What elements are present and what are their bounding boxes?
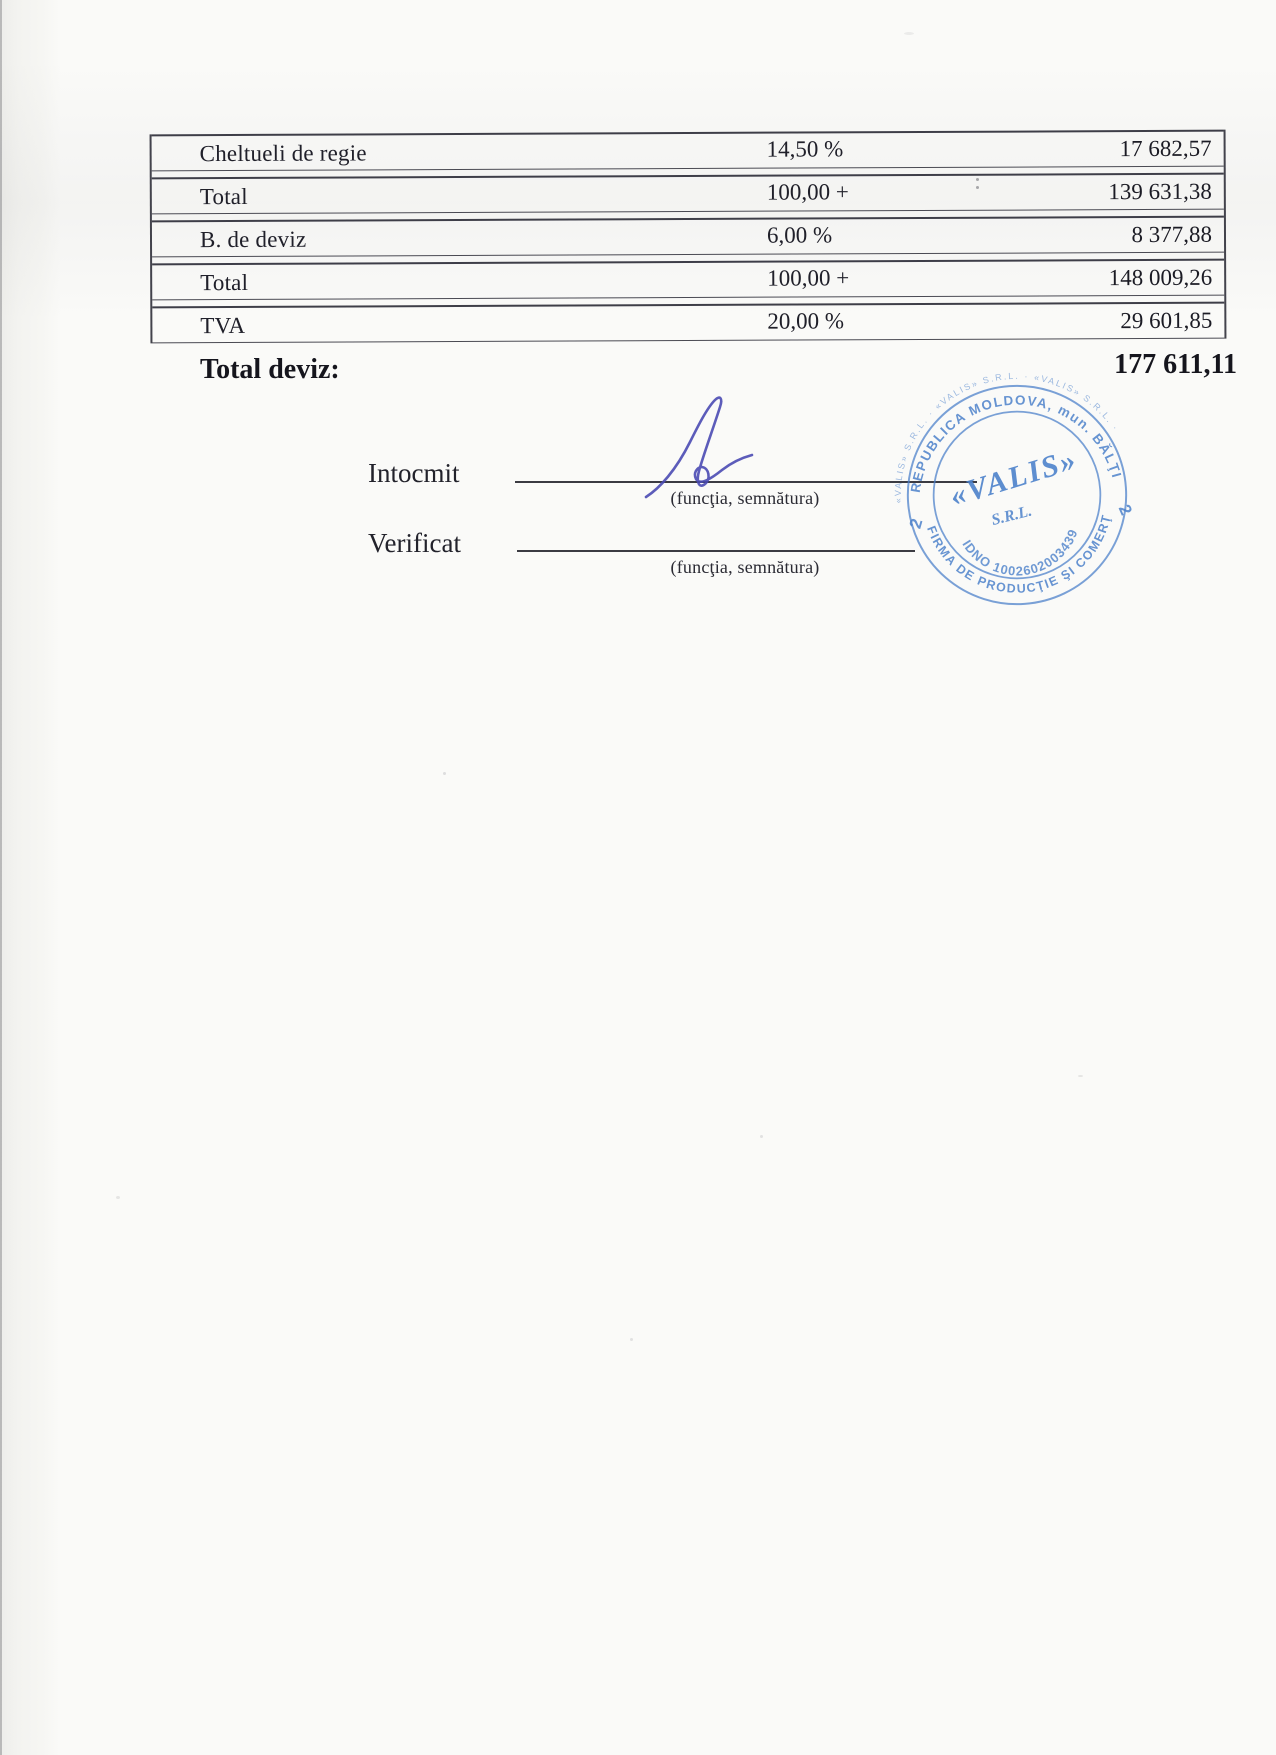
scan-artifact xyxy=(976,186,979,189)
stamp-ring-bottom-text: FIRMA DE PRODUCŢIE ŞI COMERŢ xyxy=(924,512,1119,603)
scanned-page: Cheltueli de regie 14,50 % 17 682,57 Tot… xyxy=(0,0,1276,1755)
row-percent: 14,50 % xyxy=(767,136,844,162)
stamp-company-name: «VALIS» xyxy=(946,442,1081,513)
row-label: Cheltueli de regie xyxy=(200,140,367,167)
row-amount: 148 009,26 xyxy=(1109,265,1213,291)
row-percent: 20,00 % xyxy=(767,308,844,334)
scan-artifact xyxy=(1078,1075,1083,1077)
verificat-label: Verificat xyxy=(368,528,461,559)
signature-line-verificat xyxy=(517,550,915,552)
stamp-graphic: «VALIS» S.R.L. · «VALIS» S.R.L. · «VALIS… xyxy=(877,357,1156,633)
stamp-number-right: 2 xyxy=(1115,502,1136,518)
intocmit-label: Intocmit xyxy=(368,458,459,489)
row-label: B. de deviz xyxy=(200,227,306,253)
row-label: TVA xyxy=(200,313,245,339)
stamp-legal-form: S.R.L. xyxy=(990,503,1034,529)
row-amount: 17 682,57 xyxy=(1120,136,1212,162)
table-row: Total 100,00 + 148 009,26 xyxy=(152,259,1224,301)
grand-total-label: Total deviz: xyxy=(200,354,340,386)
totals-table: Cheltueli de regie 14,50 % 17 682,57 Tot… xyxy=(150,130,1227,344)
handwritten-signature xyxy=(600,380,800,510)
table-row: Cheltueli de regie 14,50 % 17 682,57 xyxy=(152,130,1224,172)
row-amount: 139 631,38 xyxy=(1108,179,1212,205)
table-row: Total 100,00 + 139 631,38 xyxy=(152,173,1224,215)
row-percent: 100,00 + xyxy=(767,179,849,205)
table-row: TVA 20,00 % 29 601,85 xyxy=(152,302,1224,344)
company-stamp: «VALIS» S.R.L. · «VALIS» S.R.L. · «VALIS… xyxy=(877,357,1156,633)
scan-artifact xyxy=(976,178,979,181)
row-label: Total xyxy=(200,270,248,296)
signature-caption: (funcţia, semnătura) xyxy=(600,557,890,578)
scan-artifact xyxy=(904,32,914,35)
row-percent: 6,00 % xyxy=(767,222,832,248)
row-label: Total xyxy=(200,184,248,210)
scan-artifact xyxy=(443,772,446,775)
scan-artifact xyxy=(116,1196,120,1199)
scan-artifact xyxy=(760,1135,763,1138)
row-percent: 100,00 + xyxy=(767,265,849,291)
row-amount: 8 377,88 xyxy=(1131,222,1212,248)
scan-artifact xyxy=(630,1338,633,1341)
table-row: B. de deviz 6,00 % 8 377,88 xyxy=(152,216,1224,258)
row-amount: 29 601,85 xyxy=(1120,308,1212,334)
stamp-number-left: 2 xyxy=(906,516,927,530)
